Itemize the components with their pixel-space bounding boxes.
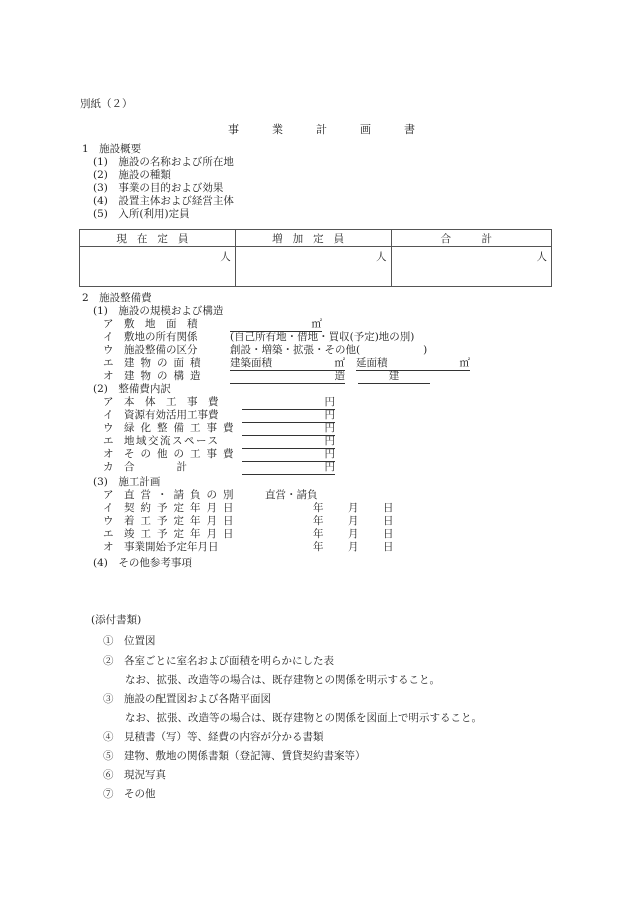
date-month: 月 (348, 528, 359, 541)
floor-area-field[interactable]: 延面積㎡ (356, 357, 470, 371)
plan-row: エ 竣工予定年月日 (103, 528, 240, 541)
date-month: 月 (348, 515, 359, 528)
current-capacity-cell[interactable]: 人 (80, 247, 236, 287)
section1-heading: 1 施設概要 (82, 143, 141, 156)
breakdown-row: エ 地域交流スペース (103, 435, 219, 448)
cost-field[interactable]: 円 (242, 448, 335, 462)
section1-item: (4) 設置主体および経営主体 (93, 195, 234, 208)
structure-field[interactable]: 造 (230, 370, 345, 384)
breakdown-row-total: カ 合 計 (103, 461, 187, 474)
plan-heading: (3) 施工計画 (93, 476, 160, 489)
breakdown-row: ウ 緑化整備工事費 (103, 422, 240, 435)
attachment-item: ④ 見積書（写）等、経費の内容が分かる書類 (103, 731, 324, 744)
header-total-capacity: 合 計 (391, 230, 552, 247)
capacity-table: 現在定員 増加定員 合 計 人 人 人 (79, 229, 552, 287)
date-year: 年 (313, 528, 324, 541)
breakdown-row: オ その他の工事費 (103, 448, 240, 461)
cost-field[interactable]: 円 (242, 435, 335, 449)
building-area-field[interactable]: 建築面積㎡ (230, 357, 345, 371)
direct-or-contract-value[interactable]: 直営・請負 (265, 489, 318, 502)
plan-row: ア 直営・請負の別 (103, 489, 240, 502)
attachment-item: ② 各室ごとに室名および面積を明らかにした表 (103, 655, 334, 668)
attachment-item: ① 位置図 (103, 635, 156, 648)
section2-heading: 2 施設整備費 (82, 292, 152, 305)
scale-row-ownership: イ 敷地の所有関係 (103, 331, 198, 344)
header-current-capacity: 現在定員 (80, 230, 236, 247)
category-value: 創設・増築・拡張・その他( ) (230, 344, 427, 357)
attachment-item: ⑦ その他 (103, 788, 156, 801)
stories-field[interactable]: 建 (358, 370, 430, 384)
scale-row-category: ウ 施設整備の区分 (103, 344, 198, 357)
total-cost-field[interactable]: 円 (242, 461, 335, 475)
section1-item: (5) 入所(利用)定員 (93, 208, 190, 221)
attachment-label: 別紙（２） (80, 98, 133, 111)
section1-item: (2) 施設の種類 (93, 169, 171, 182)
ownership-value: (自己所有地・借地・買収(予定)地の別) (230, 331, 414, 344)
attachment-note: なお、拡張、改造等の場合は、既存建物との関係を図面上で明示すること。 (125, 712, 482, 725)
attachment-note: なお、拡張、改造等の場合は、既存建物との関係を明示すること。 (125, 674, 440, 687)
date-day: 日 (383, 541, 394, 554)
cost-field[interactable]: 円 (242, 422, 335, 436)
attachment-item: ⑤ 建物、敷地の関係書類（登記簿、賃貸契約書案等） (103, 750, 366, 763)
date-year: 年 (313, 541, 324, 554)
total-capacity-cell[interactable]: 人 (391, 247, 552, 287)
cost-field[interactable]: 円 (242, 409, 335, 423)
date-day: 日 (383, 515, 394, 528)
date-day: 日 (383, 528, 394, 541)
breakdown-heading: (2) 整備費内訳 (93, 383, 171, 396)
scale-row-building-area: エ 建物の面積 (103, 357, 207, 370)
attachment-item: ⑥ 現況写真 (103, 769, 166, 782)
document-title: 事業計画書 (228, 123, 448, 137)
attachment-item: ③ 施設の配置図および各階平面図 (103, 693, 271, 706)
section1-item: (1) 施設の名称および所在地 (93, 156, 234, 169)
section1-item: (3) 事業の目的および効果 (93, 182, 223, 195)
date-year: 年 (313, 502, 324, 515)
other-notes-heading: (4) その他参考事項 (93, 557, 192, 570)
scale-row-structure: オ 建物の構造 (103, 370, 207, 383)
increased-capacity-cell[interactable]: 人 (235, 247, 391, 287)
breakdown-row: ア 本体工事費 (103, 396, 229, 409)
date-month: 月 (348, 502, 359, 515)
date-day: 日 (383, 502, 394, 515)
attachments-heading: (添付書類) (91, 614, 141, 627)
date-year: 年 (313, 515, 324, 528)
date-month: 月 (348, 541, 359, 554)
header-increased-capacity: 増加定員 (235, 230, 391, 247)
plan-row: オ 事業開始予定年月日 (103, 541, 219, 554)
scale-row-site-area: ア 敷地面積 (103, 318, 208, 331)
cost-field[interactable]: 円 (242, 396, 335, 410)
scale-heading: (1) 施設の規模および構造 (93, 305, 223, 318)
breakdown-row: イ 資源有効活用工事費 (103, 409, 219, 422)
plan-row: ウ 着工予定年月日 (103, 515, 240, 528)
site-area-field[interactable]: ㎡ (230, 318, 322, 332)
plan-row: イ 契約予定年月日 (103, 502, 240, 515)
